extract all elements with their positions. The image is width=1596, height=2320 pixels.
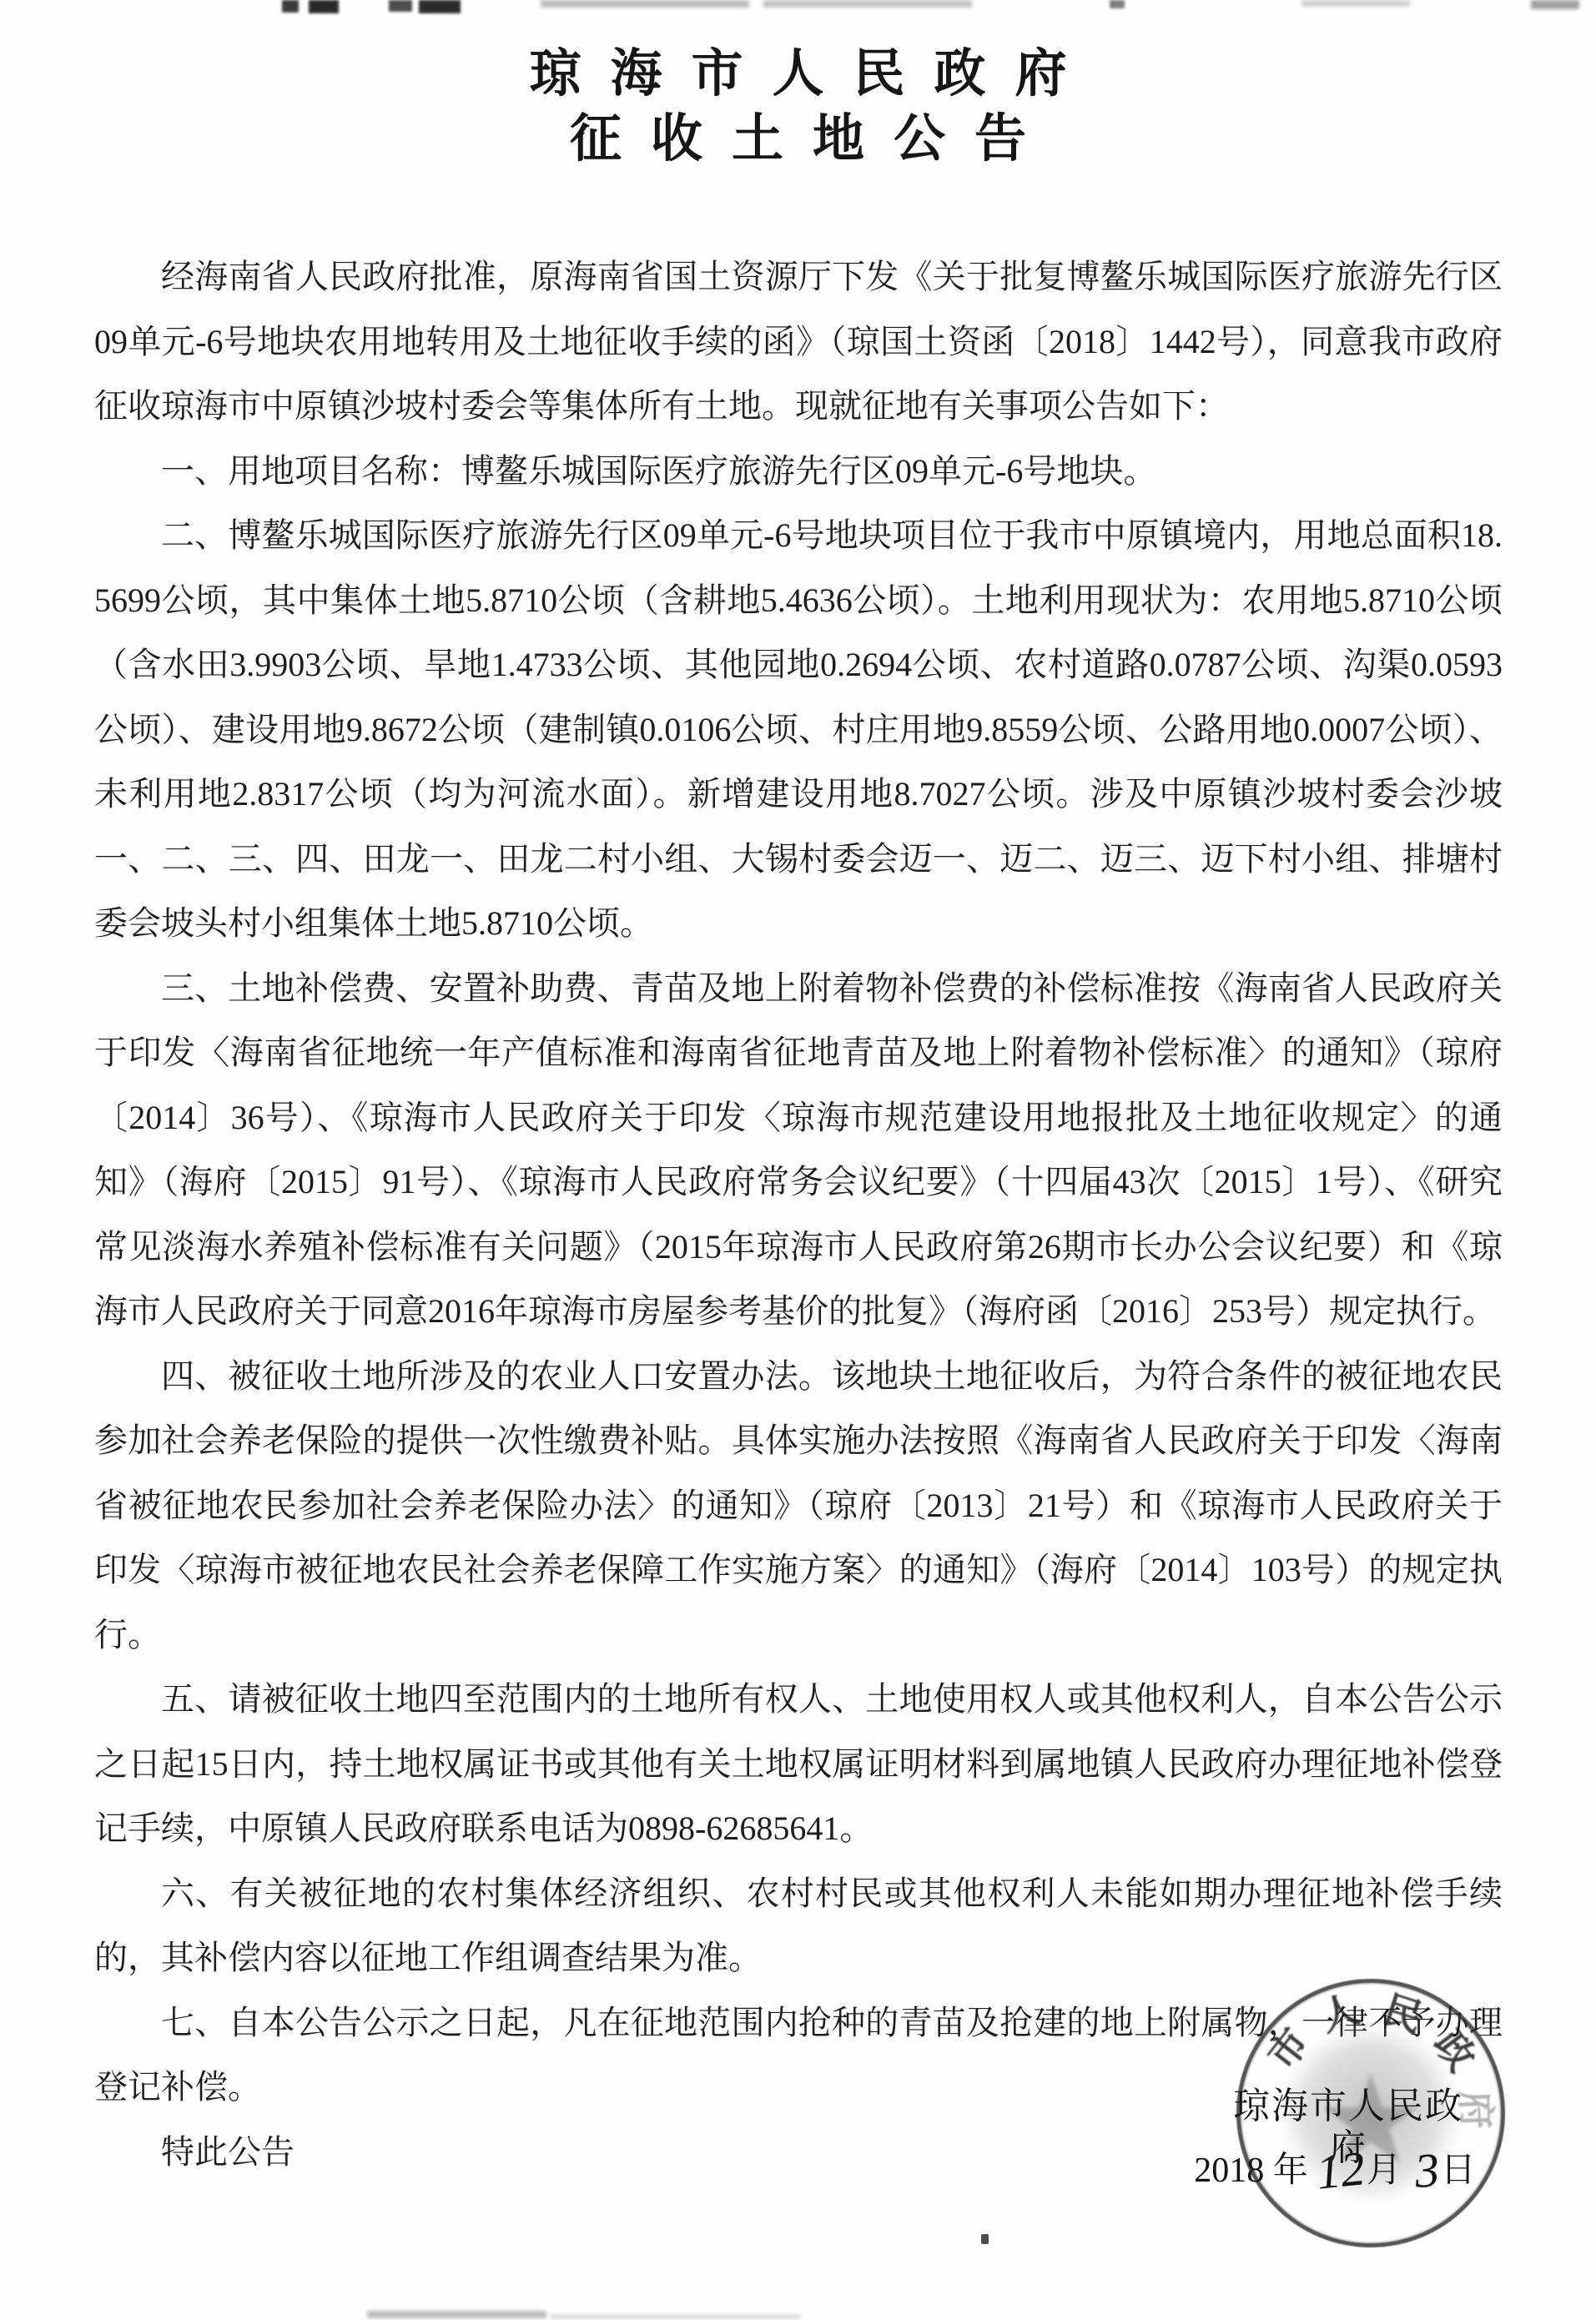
- page-title-line1: 琼海市人民政府: [0, 42, 1596, 107]
- page-title-line2: 征收土地公告: [0, 107, 1596, 172]
- seal-arc-character: 市: [1260, 2021, 1316, 2076]
- scan-artifact: [309, 0, 339, 13]
- scan-artifact: [282, 0, 299, 13]
- issue-date-year: 2018 年: [1194, 2151, 1308, 2190]
- scan-artifact: [419, 0, 461, 13]
- scan-artifact: [551, 2314, 801, 2319]
- scan-artifact: [763, 0, 972, 8]
- issue-date-month-suffix: 月: [1367, 2151, 1402, 2190]
- document-header: 琼海市人民政府 征收土地公告: [0, 42, 1596, 172]
- paragraph-item-5: 五、请被征收土地四至范围内的土地所有权人、土地使用权人或其他权利人，自本公告公示…: [94, 1667, 1503, 1861]
- announcement-page: 琼海市人民政府 征收土地公告 经海南省人民政府批准，原海南省国土资源厅下发《关于…: [0, 0, 1596, 2320]
- paragraph-item-2: 二、博鳌乐城国际医疗旅游先行区09单元-6号地块项目位于我市中原镇境内，用地总面…: [94, 503, 1503, 956]
- paragraph-item-1: 一、用地项目名称：博鳌乐城国际医疗旅游先行区09单元-6号地块。: [94, 439, 1503, 504]
- issue-date-month-handwritten: 12: [1314, 2144, 1367, 2197]
- scan-artifact: [981, 2234, 989, 2244]
- seal-arc-character: 民: [1378, 1989, 1428, 2039]
- scan-artifact: [389, 0, 412, 12]
- paragraph-intro: 经海南省人民政府批准，原海南省国土资源厅下发《关于批复博鳌乐城国际医疗旅游先行区…: [94, 244, 1503, 439]
- issue-date-day-handwritten: 3: [1413, 2146, 1441, 2196]
- issue-date-day-suffix: 日: [1441, 2151, 1476, 2190]
- scan-artifact: [367, 2311, 546, 2318]
- scan-artifact: [1531, 0, 1579, 9]
- seal-arc-character: 人: [1315, 1988, 1365, 2038]
- scan-artifact: [541, 0, 749, 8]
- seal-arc-character: 政: [1427, 2022, 1483, 2078]
- paragraph-item-4: 四、被征收土地所涉及的农业人口安置办法。该地块土地征收后，为符合条件的被征地农民…: [94, 1344, 1503, 1668]
- paragraph-item-6: 六、有关被征地的农村集体经济组织、农村村民或其他权利人未能如期办理征地补偿手续的…: [94, 1861, 1503, 1990]
- paragraph-item-3: 三、土地补偿费、安置补助费、青苗及地上附着物补偿费的补偿标准按《海南省人民政府关…: [94, 956, 1503, 1344]
- document-body: 经海南省人民政府批准，原海南省国土资源厅下发《关于批复博鳌乐城国际医疗旅游先行区…: [94, 244, 1503, 2184]
- issue-date: 2018 年12月3日: [1193, 2146, 1477, 2196]
- scan-artifact: [1110, 0, 1125, 8]
- scan-artifact: [1301, 0, 1410, 7]
